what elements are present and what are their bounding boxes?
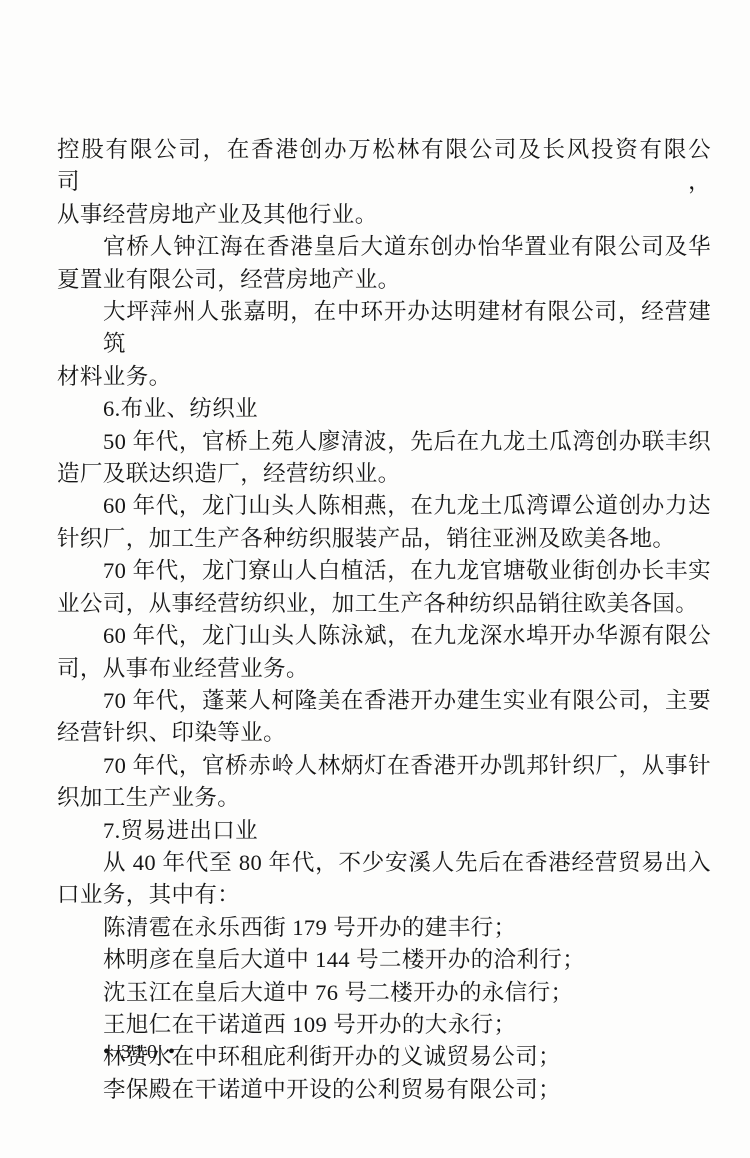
book-page: 控股有限公司，在香港创办万松林有限公司及长风投资有限公司，从事经营房地产业及其他… bbox=[0, 0, 750, 1158]
text-line: 官桥人钟江海在香港皇后大道东创办怡华置业有限公司及华 bbox=[57, 231, 711, 263]
section-heading: 6.布业、纺织业 bbox=[57, 393, 711, 425]
text-line: 沈玉江在皇后大道中 76 号二楼开办的永信行； bbox=[57, 977, 711, 1009]
text-line: 70 年代，龙门寮山人白植活，在九龙官塘敬业街创办长丰实 bbox=[57, 555, 711, 587]
text-line: 业公司，从事经营纺织业，加工生产各种纺织品销往欧美各国。 bbox=[57, 588, 711, 620]
text-line: 织加工生产业务。 bbox=[57, 782, 711, 814]
text-line: 司，从事布业经营业务。 bbox=[57, 653, 711, 685]
text-line: 从事经营房地产业及其他行业。 bbox=[57, 199, 711, 231]
text-line: 夏置业有限公司，经营房地产业。 bbox=[57, 264, 711, 296]
text-line: 口业务，其中有： bbox=[57, 879, 711, 911]
text-line: 60 年代，龙门山头人陈泳斌，在九龙深水埠开办华源有限公 bbox=[57, 620, 711, 652]
text-line: 李保殿在干诺道中开设的公利贸易有限公司； bbox=[57, 1074, 711, 1106]
page-number: • 310 • bbox=[103, 1041, 178, 1064]
text-line: 材料业务。 bbox=[57, 361, 711, 393]
text-line: 60 年代，龙门山头人陈相燕，在九龙土瓜湾谭公道创办力达 bbox=[57, 490, 711, 522]
text-line: 70 年代，蓬莱人柯隆美在香港开办建生实业有限公司，主要 bbox=[57, 685, 711, 717]
text-line: 50 年代，官桥上苑人廖清波，先后在九龙土瓜湾创办联丰织 bbox=[57, 426, 711, 458]
text-line: 70 年代，官桥赤岭人林炳灯在香港开办凯邦针织厂，从事针 bbox=[57, 750, 711, 782]
text-block: 控股有限公司，在香港创办万松林有限公司及长风投资有限公司，从事经营房地产业及其他… bbox=[57, 134, 711, 1106]
text-line: 王旭仁在干诺道西 109 号开办的大永行； bbox=[57, 1009, 711, 1041]
text-line: 陈清雹在永乐西街 179 号开办的建丰行； bbox=[57, 912, 711, 944]
text-line: 造厂及联达织造厂，经营纺织业。 bbox=[57, 458, 711, 490]
text-line: 大坪萍州人张嘉明，在中环开办达明建材有限公司，经营建筑 bbox=[57, 296, 711, 361]
text-line: 从 40 年代至 80 年代，不少安溪人先后在香港经营贸易出入 bbox=[57, 847, 711, 879]
text-line: 林明彦在皇后大道中 144 号二楼开办的洽利行； bbox=[57, 944, 711, 976]
section-heading: 7.贸易进出口业 bbox=[57, 815, 711, 847]
text-line: 针织厂，加工生产各种纺织服装产品，销往亚洲及欧美各地。 bbox=[57, 523, 711, 555]
text-line: 经营针织、印染等业。 bbox=[57, 717, 711, 749]
text-line: 控股有限公司，在香港创办万松林有限公司及长风投资有限公司， bbox=[57, 134, 711, 199]
